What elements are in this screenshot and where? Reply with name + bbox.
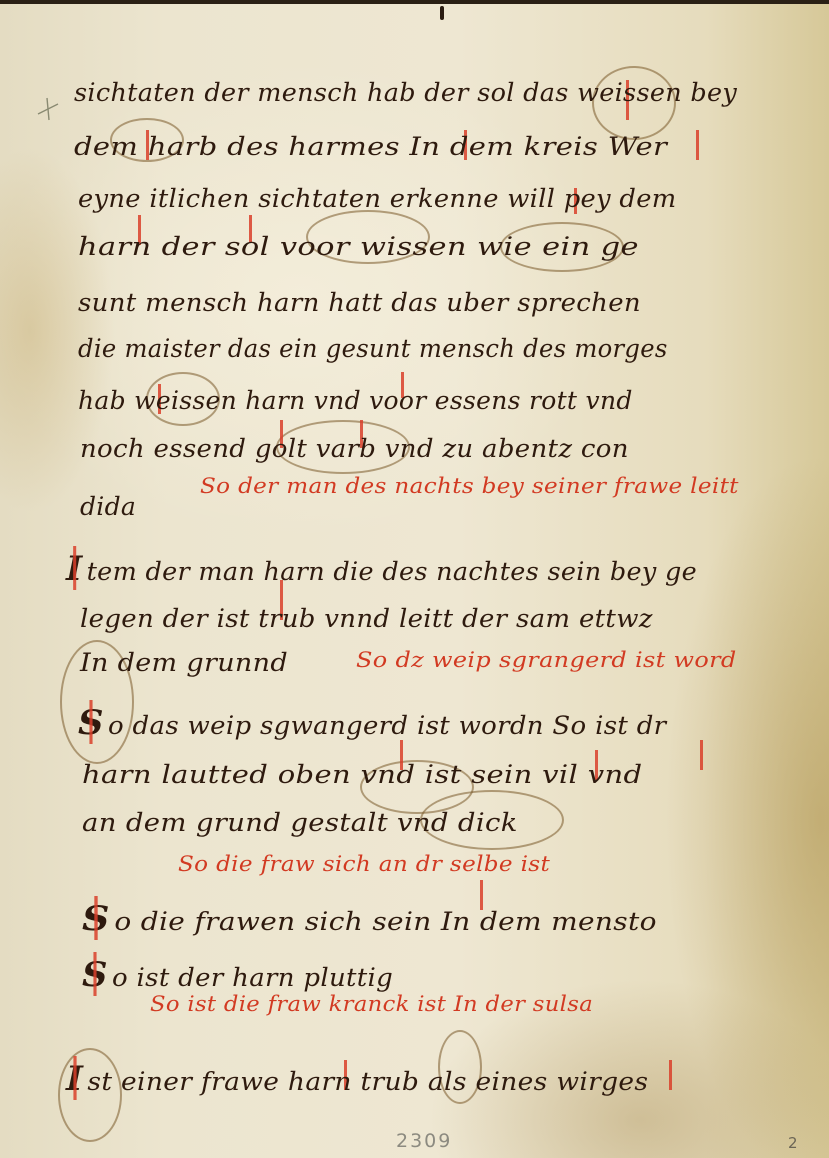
margin-cross-icon [34, 96, 60, 122]
manuscript-line-16: So die frawen sich sein In dem mensto [82, 902, 657, 936]
manuscript-line-2: dem harb des harmes In dem kreis Wer [74, 134, 667, 159]
rubrication-stroke [669, 1060, 672, 1090]
manuscript-folio: sichtaten der mensch hab der sol das wei… [0, 0, 829, 1158]
manuscript-line-3: eyne itlichen sichtaten erkenne will pey… [78, 186, 676, 211]
rubric-heading-3: So die fraw sich an dr selbe ist [178, 854, 550, 875]
rubricated-initial-S: S [78, 706, 104, 740]
manuscript-line-10: Item der man harn die des nachtes sein b… [66, 552, 697, 586]
pencil-shelfmark: 2309 [396, 1130, 452, 1152]
rubricated-initial-S: S [82, 958, 108, 992]
manuscript-line-11: legen der ist trub vnnd leitt der sam et… [80, 606, 653, 631]
line-text: o das weip sgwangerd ist wordn So ist dr [108, 711, 666, 740]
rubricated-initial-I: I [66, 1062, 83, 1096]
manuscript-line-14: harn lautted oben vnd ist sein vil vnd [82, 762, 642, 787]
rubrication-stroke [696, 130, 699, 160]
manuscript-line-8: noch essend golt varb vnd zu abentz con [80, 436, 629, 461]
manuscript-line-6: die maister das ein gesunt mensch des mo… [78, 336, 668, 361]
line-text: o ist der harn pluttig [112, 963, 393, 992]
manuscript-line-5: sunt mensch harn hatt das uber sprechen [78, 290, 641, 315]
rubrication-stroke [700, 740, 703, 770]
rubricated-initial-I: I [66, 552, 83, 586]
line-text: tem der man harn die des nachtes sein be… [87, 557, 697, 586]
top-ink-mark [440, 6, 444, 20]
manuscript-line-9: dida [80, 494, 136, 519]
manuscript-line-7: hab weissen harn vnd voor essens rott vn… [78, 388, 633, 413]
manuscript-line-12: In dem grunnd [80, 650, 288, 675]
manuscript-line-15: an dem grund gestalt vnd dick [82, 810, 518, 835]
manuscript-line-4: harn der sol voor wissen wie ein ge [78, 234, 639, 259]
rubric-heading-1: So der man des nachts bey seiner frawe l… [200, 476, 739, 497]
manuscript-line-13: So das weip sgwangerd ist wordn So ist d… [78, 706, 666, 740]
rubric-heading-4: So ist die fraw kranck ist In der sulsa [150, 994, 593, 1015]
rubricated-initial-S: S [82, 902, 110, 936]
line-text: o die frawen sich sein In dem mensto [114, 907, 656, 936]
page-top-edge [0, 0, 829, 4]
rubric-heading-2: So dz weip sgrangerd ist word [356, 650, 737, 671]
manuscript-line-1: sichtaten der mensch hab der sol das wei… [74, 80, 737, 105]
manuscript-line-18: Ist einer frawe harn trub als eines wirg… [66, 1062, 648, 1096]
manuscript-line-17: So ist der harn pluttig [82, 958, 393, 992]
line-text: st einer frawe harn trub als eines wirge… [87, 1067, 648, 1096]
folio-number: 2 [788, 1134, 798, 1152]
